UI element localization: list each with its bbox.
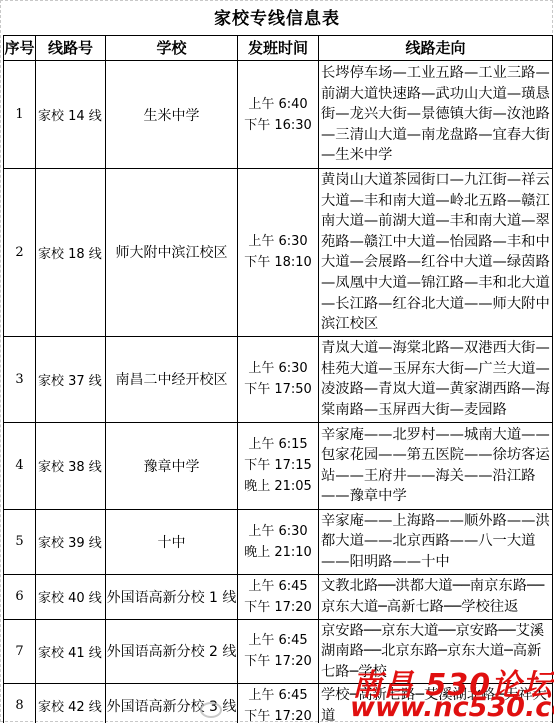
time-entry: 下午 17:20 [238,706,318,723]
row-line: 家校 38 线 [36,422,106,509]
time-entry: 上午 6:40 [238,94,318,115]
header-route: 线路走向 [319,36,553,61]
row-route: 黄岗山大道茶园街口—九江街—祥云大道—丰和南大道—岭北五路—赣江南大道—前湖大道… [319,169,553,337]
shuttle-line-table: 序号 线路号 学校 发班时间 线路走向 1 家校 14 线 生米中学 上午 6:… [3,35,553,723]
row-line: 家校 40 线 [36,574,106,619]
row-no: 1 [4,61,36,169]
row-route: 长埁停车场—工业五路—工业三路—前湖大道快速路—武功山大道—璜恳街—龙兴大街—景… [319,61,553,169]
row-times: 上午 6:45 下午 17:20 [238,574,319,619]
time-entry: 上午 6:15 [238,434,318,455]
table-row: 4 家校 38 线 豫章中学 上午 6:15 下午 17:15 晚上 21:05… [4,422,553,509]
time-entry: 下午 17:15 [238,455,318,476]
row-school: 外国语高新分校 2 线 [106,619,238,684]
row-no: 6 [4,574,36,619]
row-no: 2 [4,169,36,337]
time-entry: 上午 6:30 [238,521,318,542]
time-entry: 晚上 21:05 [238,476,318,497]
row-school: 十中 [106,509,238,574]
time-entry: 下午 18:10 [238,252,318,273]
time-entry: 下午 17:50 [238,379,318,400]
row-times: 上午 6:45 下午 17:20 [238,619,319,684]
header-line: 线路号 [36,36,106,61]
table-row: 2 家校 18 线 师大附中滨江校区 上午 6:30 下午 18:10 黄岗山大… [4,169,553,337]
table-row: 3 家校 37 线 南昌二中经开校区 上午 6:30 下午 17:50 青岚大道… [4,336,553,422]
row-line: 家校 14 线 [36,61,106,169]
weibo-logo-icon [200,702,222,718]
header-school: 学校 [106,36,238,61]
time-entry: 晚上 21:10 [238,542,318,563]
row-times: 上午 6:40 下午 16:30 [238,61,319,169]
time-entry: 上午 6:45 [238,576,318,597]
row-times: 上午 6:45 下午 17:20 [238,684,319,723]
row-line: 家校 42 线 [36,684,106,723]
row-route: 青岚大道—海棠北路—双港西大街—桂苑大道—玉屏东大街—广兰大道—凌波路—青岚大道… [319,336,553,422]
row-route: 辛家庵——北罗村——城南大道——包家花园——第五医院——徐坊客运站——王府井——… [319,422,553,509]
table-header-row: 序号 线路号 学校 发班时间 线路走向 [4,36,553,61]
row-line: 家校 41 线 [36,619,106,684]
row-no: 8 [4,684,36,723]
header-no: 序号 [4,36,36,61]
header-time: 发班时间 [238,36,319,61]
row-no: 4 [4,422,36,509]
row-school: 生米中学 [106,61,238,169]
table-row: 5 家校 39 线 十中 上午 6:30 晚上 21:10 辛家庵——上海路——… [4,509,553,574]
row-no: 7 [4,619,36,684]
row-line: 家校 39 线 [36,509,106,574]
time-entry: 下午 16:30 [238,115,318,136]
row-times: 上午 6:30 下午 17:50 [238,336,319,422]
time-entry: 上午 6:30 [238,358,318,379]
table-row: 1 家校 14 线 生米中学 上午 6:40 下午 16:30 长埁停车场—工业… [4,61,553,169]
row-no: 3 [4,336,36,422]
time-entry: 上午 6:30 [238,231,318,252]
row-times: 上午 6:15 下午 17:15 晚上 21:05 [238,422,319,509]
table-row: 6 家校 40 线 外国语高新分校 1 线 上午 6:45 下午 17:20 文… [4,574,553,619]
time-entry: 下午 17:20 [238,597,318,618]
row-school: 外国语高新分校 1 线 [106,574,238,619]
row-route: 文教北路──洪都大道──南京东路──京东大道─高新七路──学校往返 [319,574,553,619]
row-route: 辛家庵——上海路——顺外路——洪都大道——北京西路——八一大道——阳明路——十中 [319,509,553,574]
time-entry: 上午 6:45 [238,685,318,706]
table-title: 家校专线信息表 [0,6,554,32]
row-line: 家校 37 线 [36,336,106,422]
time-entry: 上午 6:45 [238,630,318,651]
row-no: 5 [4,509,36,574]
row-times: 上午 6:30 下午 18:10 [238,169,319,337]
row-school: 师大附中滨江校区 [106,169,238,337]
row-line: 家校 18 线 [36,169,106,337]
row-times: 上午 6:30 晚上 21:10 [238,509,319,574]
watermark-url: www.nc530.com [350,692,554,723]
time-entry: 下午 17:20 [238,651,318,672]
row-school: 豫章中学 [106,422,238,509]
row-school: 南昌二中经开校区 [106,336,238,422]
